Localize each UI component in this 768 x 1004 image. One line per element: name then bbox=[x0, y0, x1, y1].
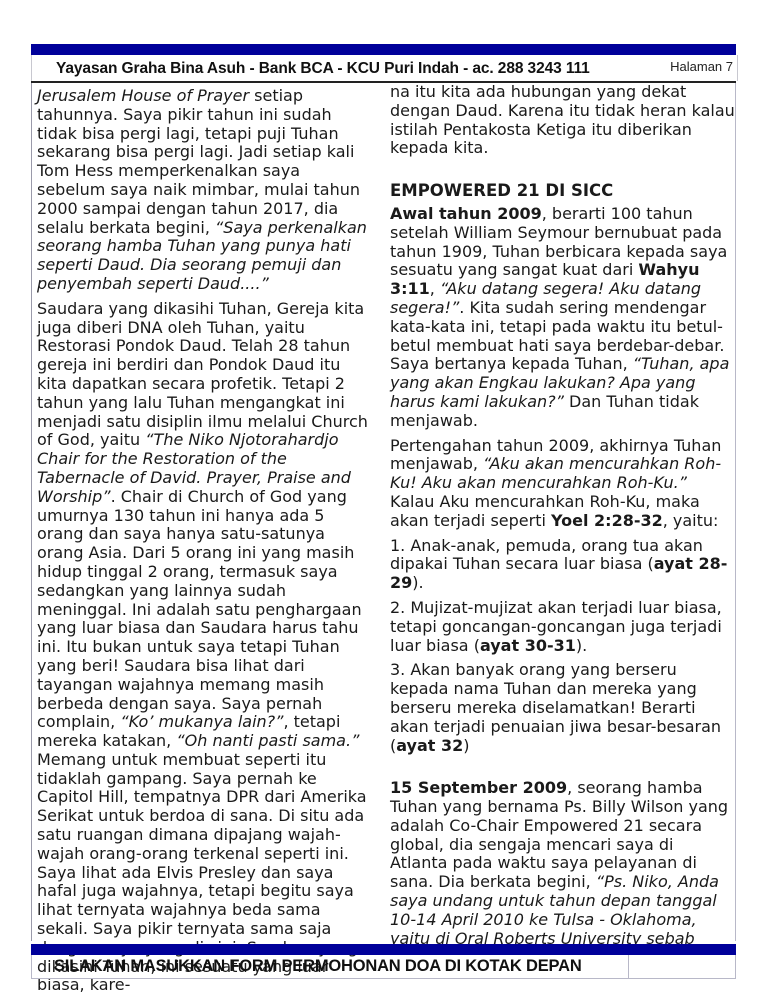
page-number: Halaman 7 bbox=[670, 59, 733, 74]
paragraph: 15 September 2009, seorang hamba Tuhan y… bbox=[390, 779, 735, 948]
quote: “Oh nanti pasti sama.” bbox=[176, 731, 359, 750]
paragraph: Awal tahun 2009, berarti 100 tahun setel… bbox=[390, 205, 735, 431]
spacer bbox=[390, 761, 735, 779]
list-item: 2. Mujizat-mujizat akan terjadi luar bia… bbox=[390, 599, 735, 655]
header-top-bar bbox=[31, 44, 736, 55]
body-text: . Chair di Church of God yang umurnya 13… bbox=[37, 487, 362, 732]
quote: “Ko’ mukanya lain?” bbox=[120, 712, 283, 731]
list-item: 1. Anak-anak, pemuda, orang tua akan dip… bbox=[390, 537, 735, 593]
body-text: , yaitu: bbox=[663, 511, 719, 530]
left-column: Jerusalem House of Prayer setiap tahunny… bbox=[31, 83, 373, 941]
paragraph: Jerusalem House of Prayer setiap tahunny… bbox=[37, 87, 373, 294]
page-header: Yayasan Graha Bina Asuh - Bank BCA - KCU… bbox=[31, 55, 738, 81]
scripture-ref: Yoel 2:28-32 bbox=[551, 511, 663, 530]
list-text: ). bbox=[576, 636, 587, 655]
header-title: Yayasan Graha Bina Asuh - Bank BCA - KCU… bbox=[56, 60, 590, 78]
bold-lead: 15 September 2009 bbox=[390, 778, 567, 797]
paragraph: Saudara yang dikasihi Tuhan, Gereja kita… bbox=[37, 300, 373, 995]
body-text: Saudara yang dikasihi Tuhan, Gereja kita… bbox=[37, 299, 368, 450]
italic-lead: Jerusalem House of Prayer bbox=[37, 86, 249, 105]
footer-text: SILAKAN MASUKKAN FORM PERMOHONAN DOA DI … bbox=[54, 957, 582, 976]
body-text: setiap tahunnya. Saya pikir tahun ini su… bbox=[37, 86, 360, 237]
right-column: na itu kita ada hubungan yang dekat deng… bbox=[380, 83, 736, 941]
section-heading: EMPOWERED 21 DI SICC bbox=[390, 182, 735, 201]
paragraph: Pertengahan tahun 2009, akhirnya Tuhan m… bbox=[390, 437, 735, 531]
footer-empty-cell bbox=[628, 955, 737, 978]
page-footer: SILAKAN MASUKKAN FORM PERMOHONAN DOA DI … bbox=[31, 955, 736, 979]
paragraph: na itu kita ada hubungan yang dekat deng… bbox=[390, 83, 735, 158]
list-item: 3. Akan banyak orang yang berseru kepada… bbox=[390, 661, 735, 755]
body-text: , bbox=[430, 279, 440, 298]
verse-ref: ayat 32 bbox=[396, 736, 463, 755]
bold-lead: Awal tahun 2009 bbox=[390, 204, 542, 223]
list-text: ) bbox=[463, 736, 469, 755]
list-text: ). bbox=[412, 573, 423, 592]
verse-ref: ayat 30-31 bbox=[480, 636, 576, 655]
footer-top-bar bbox=[31, 944, 736, 955]
